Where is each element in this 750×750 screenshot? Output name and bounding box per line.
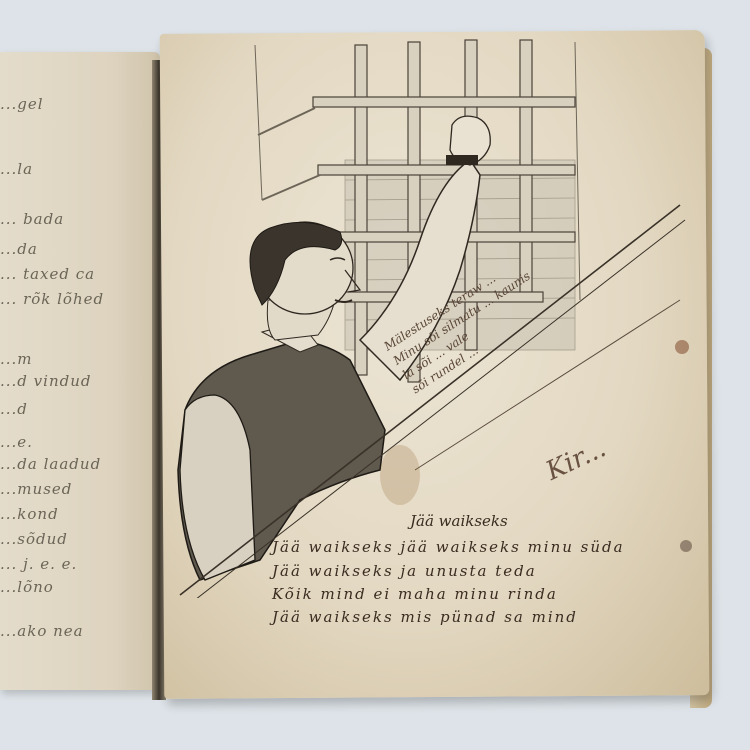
- water-stain: [380, 445, 420, 505]
- poem-line: Kõik mind ei maha minu rinda: [272, 585, 558, 603]
- left-line: ... rõk lõhed: [0, 290, 104, 308]
- left-line: ...ako nea: [0, 622, 84, 640]
- left-line: ... j. e. e.: [0, 555, 77, 573]
- poem-line: Jää waikseks jää waikseks minu süda: [272, 538, 625, 556]
- ink-spot: [675, 340, 689, 354]
- left-line: ...la: [0, 160, 33, 178]
- left-line: ...lõno: [0, 578, 54, 596]
- poem-line: Jää waikseks mis pünad sa mind: [272, 608, 578, 626]
- left-line: ...m: [0, 350, 33, 368]
- left-line: ...d: [0, 400, 28, 418]
- left-line: ...gel: [0, 95, 44, 113]
- left-line: ...e.: [0, 433, 33, 451]
- left-line: ... bada: [0, 210, 64, 228]
- left-line: ...da: [0, 240, 38, 258]
- ink-spot: [680, 540, 692, 552]
- left-line: ...mused: [0, 480, 72, 498]
- left-line: ...kond: [0, 505, 59, 523]
- poem-title: Jää waikseks: [410, 512, 508, 530]
- left-line: ... taxed ca: [0, 265, 95, 283]
- left-line: ...d vindud: [0, 372, 91, 390]
- left-line: ...sõdud: [0, 530, 68, 548]
- notebook-photo: ...gel ...la ... bada ...da ... taxed ca…: [0, 0, 750, 750]
- left-line: ...da laadud: [0, 455, 101, 473]
- poem-line: Jää waikseks ja unusta teda: [272, 562, 537, 580]
